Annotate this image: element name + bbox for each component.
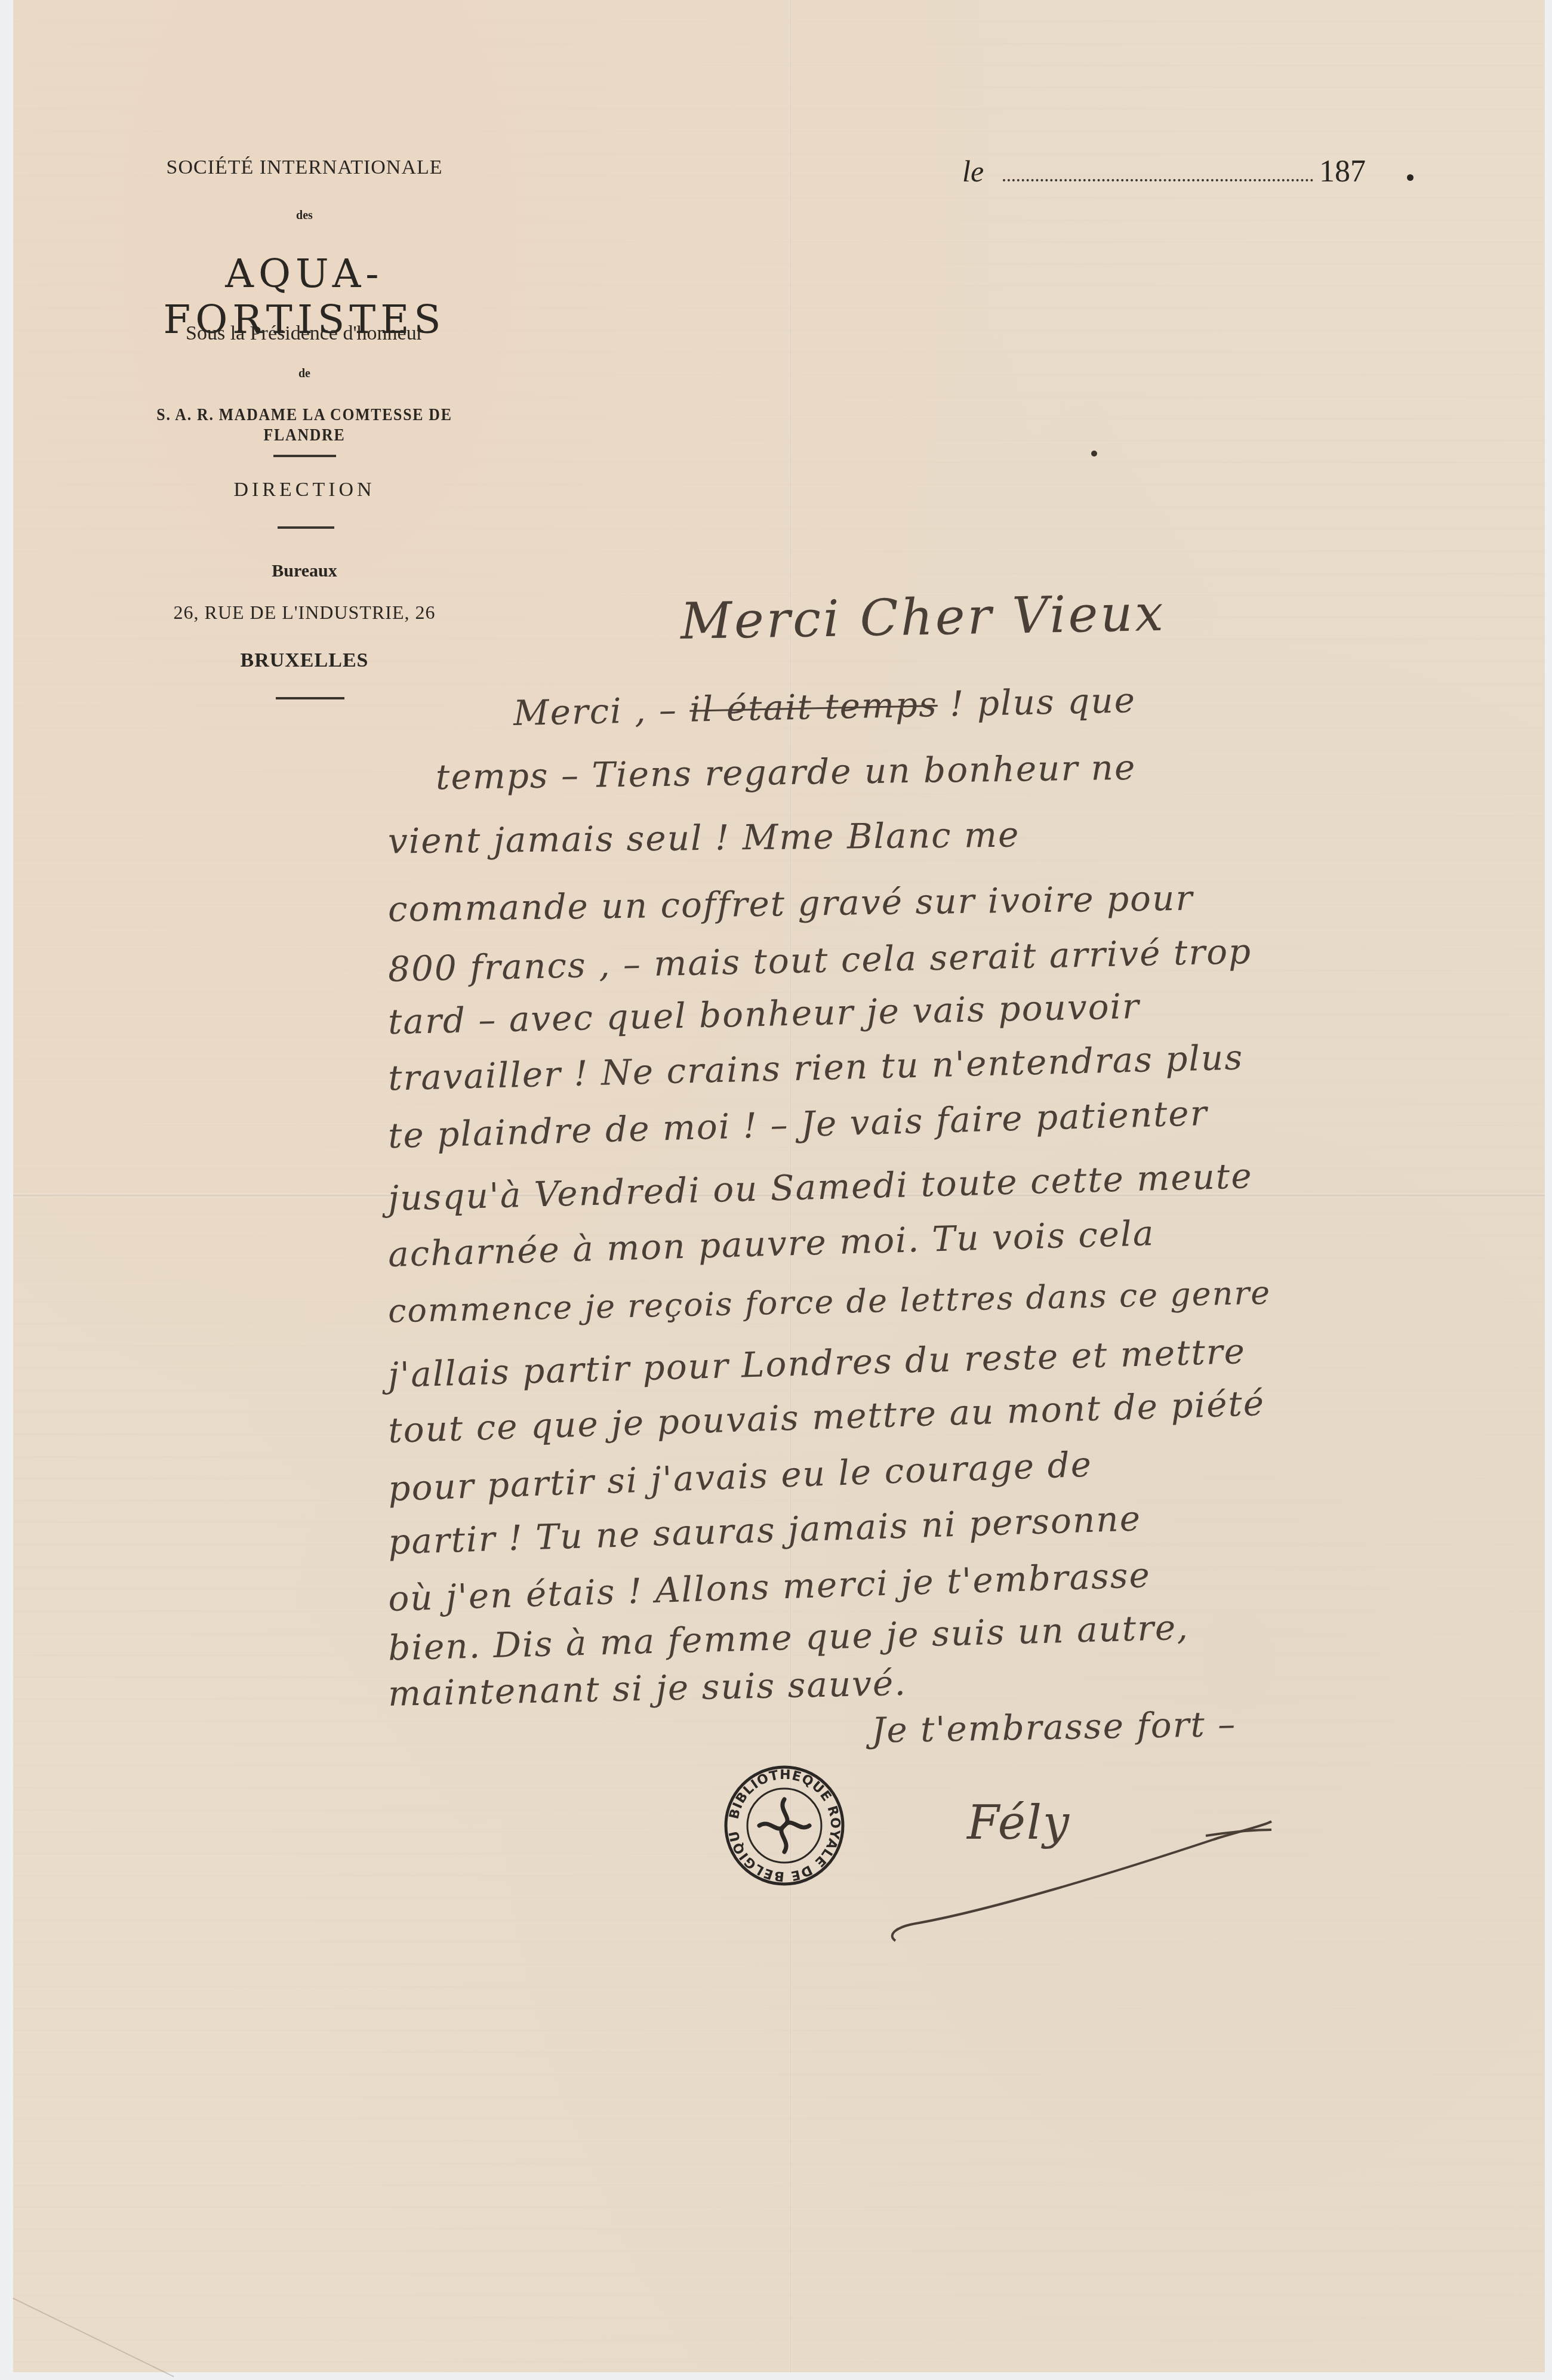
signature-flourish [883, 1808, 1313, 1952]
struck-text: il était temps [689, 684, 938, 730]
letterhead-society: SOCIÉTÉ INTERNATIONALE [96, 156, 513, 179]
date-dotted-blank [1003, 179, 1313, 181]
closing: Je t'embrasse fort – [871, 1704, 1236, 1751]
letterhead-address: 26, RUE DE L'INDUSTRIE, 26 [96, 602, 513, 624]
salutation: Merci Cher Vieux [680, 584, 1166, 651]
letterhead-rule-3 [276, 697, 344, 699]
letterhead-rule-2 [278, 526, 334, 529]
line-1-start: Merci , – [513, 689, 690, 733]
library-stamp-icon: BIBLIOTHÈQUE ROYALE DE BELGIQUE [722, 1764, 846, 1888]
letterhead-rule-1 [273, 455, 336, 457]
letterhead-des: des [96, 209, 513, 223]
letter-line-3: vient jamais seul ! Mme Blanc me [388, 814, 1020, 861]
date-prefix: le [962, 154, 984, 189]
date-period [1407, 174, 1414, 181]
letterhead-bureaux: Bureaux [96, 561, 513, 581]
letterhead-direction: DIRECTION [96, 479, 513, 501]
date-year-prefix: 187 [1319, 154, 1366, 189]
letterhead-patron: S. A. R. MADAME LA COMTESSE DE FLANDRE [125, 405, 484, 445]
corner-crease [13, 2298, 174, 2377]
letterhead-de: de [96, 367, 513, 381]
ink-speck [1091, 451, 1097, 457]
line-1-end: ! plus que [937, 680, 1137, 725]
letterhead-presidency: Sous la Présidence d'honneur [96, 322, 513, 345]
letterhead-city: BRUXELLES [96, 649, 513, 672]
